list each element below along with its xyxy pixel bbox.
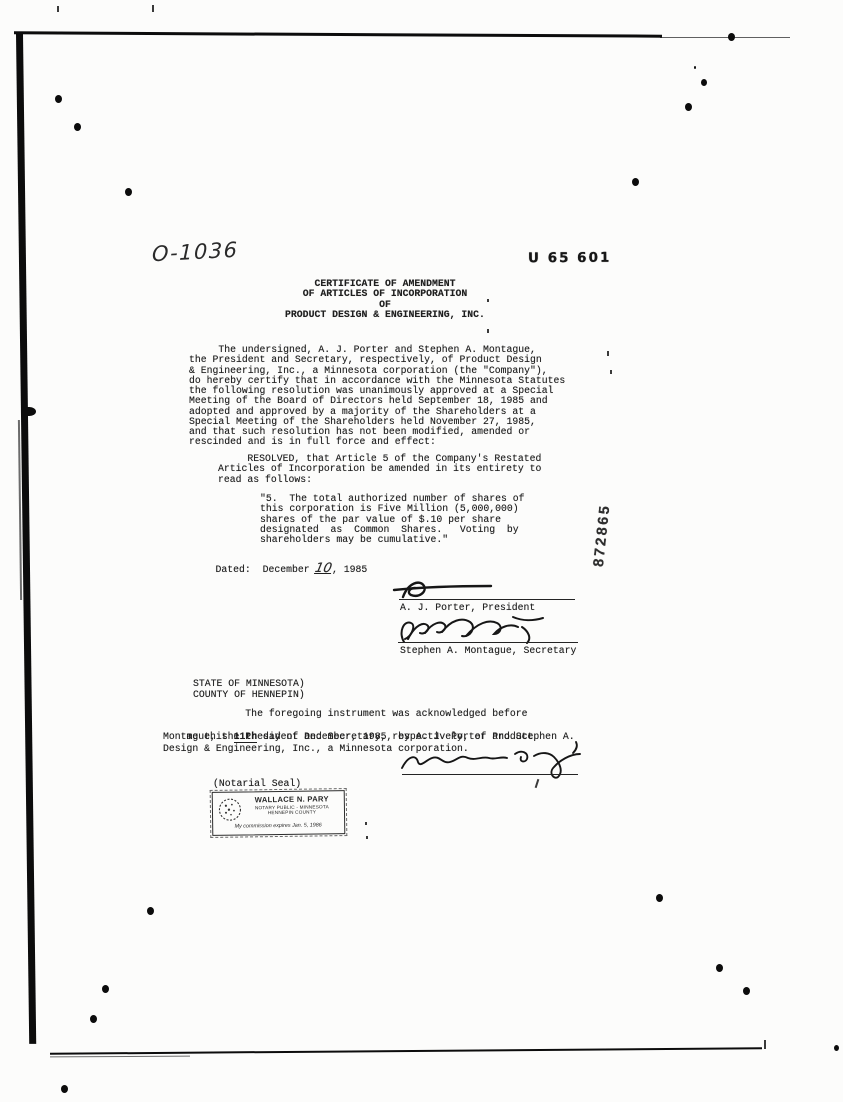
scan-dot [685,103,692,111]
scan-speck [57,6,59,12]
montague-signature [396,612,546,646]
scan-dot [125,188,132,196]
scan-dot [656,894,663,902]
secretary-name-title: Stephen A. Montague, Secretary [400,645,576,657]
scan-speck [366,836,368,839]
scan-dot [61,1085,68,1093]
scan-speck [487,329,489,333]
dated-suffix: , 1985 [332,564,367,575]
bottom-border-line [50,1047,762,1055]
bottom-border-line-faint [50,1056,190,1058]
handwritten-day: 10 [314,564,333,574]
scan-dot [716,964,723,972]
scan-dot [90,1015,97,1023]
certification-paragraph: The undersigned, A. J. Porter and Stephe… [189,345,565,448]
handwritten-file-number: O-1036 [152,238,239,267]
amended-article-text: "5. The total authorized number of share… [260,494,525,545]
acknowledgment-line-1: The foregoing instrument was acknowledge… [163,708,528,720]
document-title: CERTIFICATE OF AMENDMENT OF ARTICLES OF … [189,279,581,320]
scan-speck [365,822,367,825]
top-border-line [14,31,662,37]
scan-dot [694,66,696,69]
scan-dot [834,1045,839,1051]
seal-text-block: WALLACE N. PARY NOTARY PUBLIC - MINNESOT… [243,795,341,816]
dated-line: Dated: December 10, 1985 [192,552,367,587]
top-border-line-faint [660,37,790,38]
scan-dot [743,987,750,995]
notary-signature-line [402,774,578,775]
left-border-bump [23,407,36,416]
scan-dot [55,95,62,103]
scan-dot [701,79,707,86]
dated-prefix: Dated: December [216,564,316,575]
scan-dot [632,178,639,186]
secretary-signature-line [398,642,578,643]
notary-expiry-line: My commission expires Jan. 5, 1986 [217,822,339,830]
resolved-clause: RESOLVED, that Article 5 of the Company'… [218,454,541,485]
scanned-document-page: O-1036 U 65 601 872865 CERTIFICATE OF AM… [0,0,843,1102]
notary-signature [398,740,588,782]
scan-speck [152,5,154,12]
state-county-block: STATE OF MINNESOTA) COUNTY OF HENNEPIN) [193,679,305,700]
scan-speck [607,351,609,356]
document-number-stamp: U 65 601 [528,250,611,267]
seal-starburst-icon [217,796,243,822]
scan-speck [610,370,612,374]
notarial-seal-label: (Notarial Seal) [213,778,301,790]
scan-dot [147,907,154,915]
bottom-line-end-tick [764,1040,766,1049]
scan-dot [74,123,81,131]
filing-number-stamp-vertical: 872865 [591,503,614,568]
scan-dot [102,985,109,993]
scan-dot [728,33,735,41]
president-signature-line [399,599,575,600]
notary-seal-stamp: WALLACE N. PARY NOTARY PUBLIC - MINNESOT… [212,790,346,836]
